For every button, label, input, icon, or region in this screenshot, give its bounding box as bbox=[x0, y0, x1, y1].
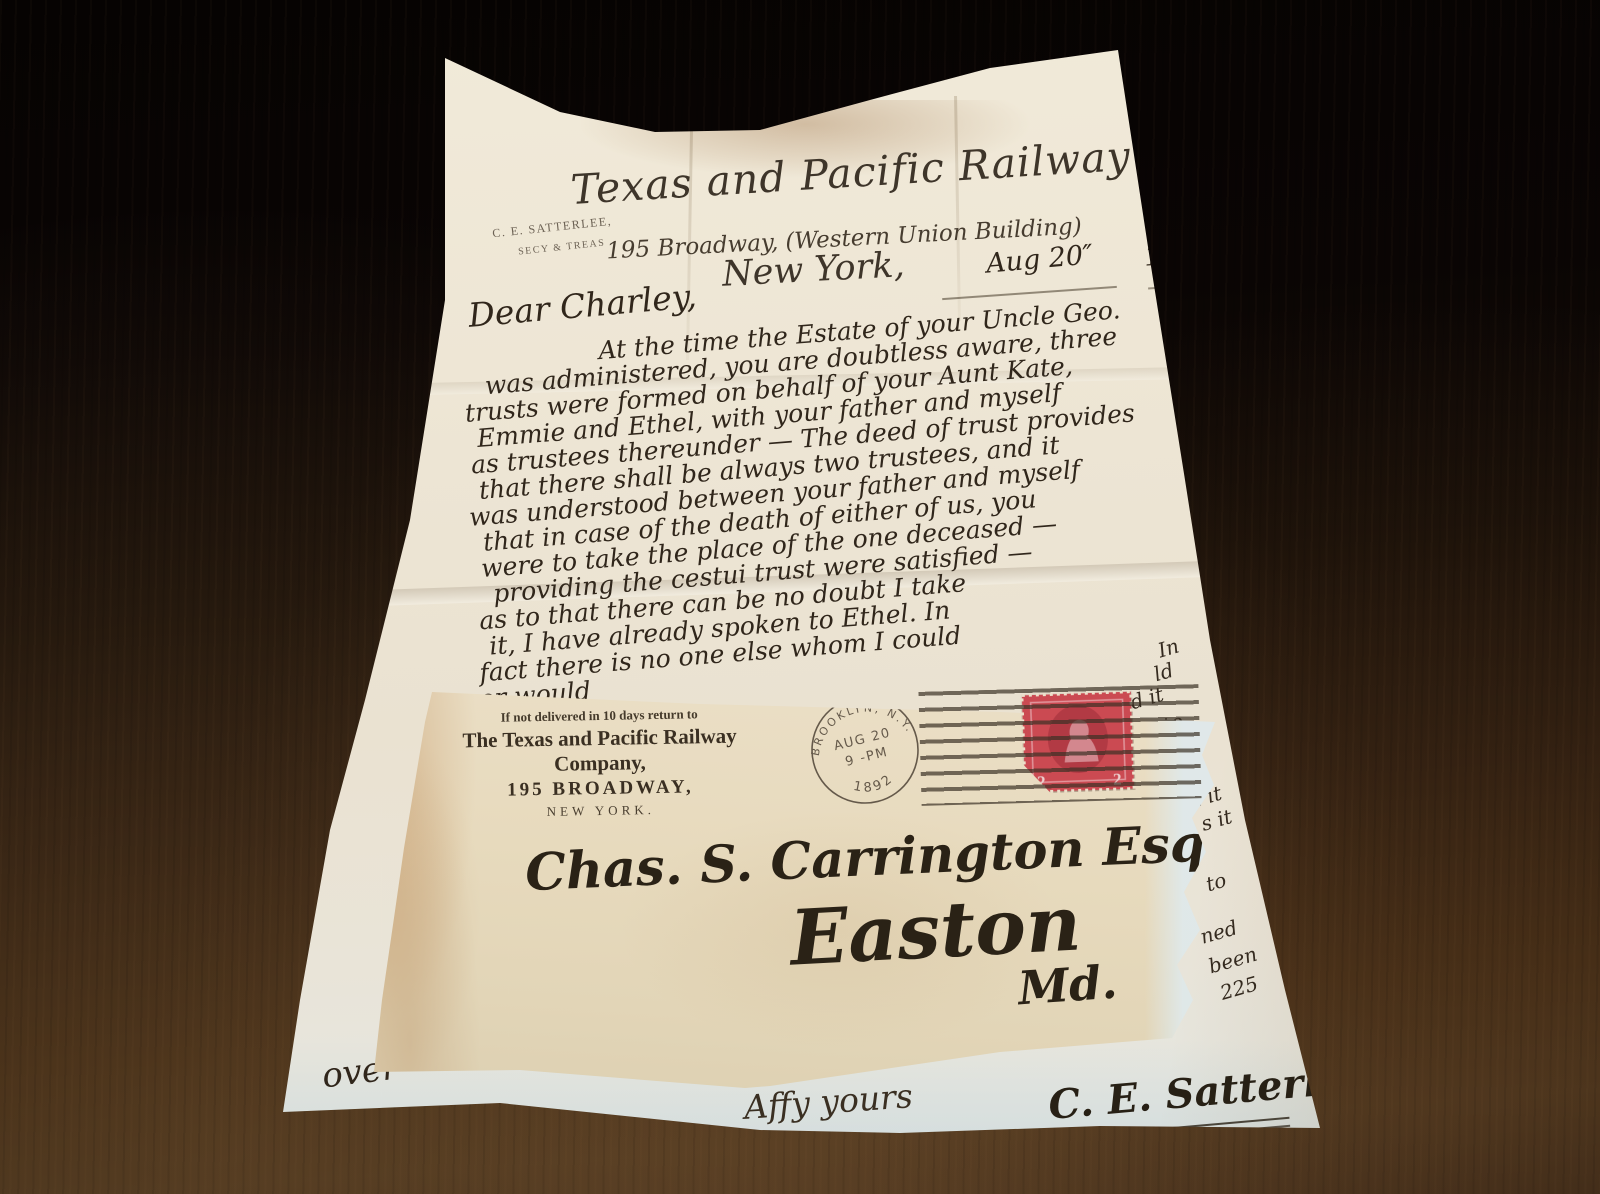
return-company: The Texas and Pacific Railway Company, bbox=[434, 723, 765, 779]
letterhead-city: New York, bbox=[721, 245, 905, 295]
photo-scene: C. E. SATTERLEE, SECY & TREAS Texas and … bbox=[0, 0, 1600, 1194]
salutation: Dear Charley, bbox=[467, 276, 698, 335]
year-underline bbox=[1148, 281, 1248, 289]
envelope-address-state: Md. bbox=[1016, 955, 1119, 1016]
return-address-block: If not delivered in 10 days return to Th… bbox=[434, 705, 766, 822]
letter-body: At the time the Estate of your Uncle Geo… bbox=[448, 293, 1204, 713]
letterhead-date-handwritten: Aug 20″ bbox=[985, 239, 1094, 279]
cancellation-bars bbox=[918, 684, 1201, 806]
letterhead-year-printed: 189 bbox=[1143, 238, 1197, 273]
officer-name: C. E. SATTERLEE, bbox=[492, 214, 613, 241]
officer-title: SECY & TREAS bbox=[518, 237, 606, 257]
letterhead-year-digit: 2 bbox=[1191, 242, 1207, 268]
return-street: 195 BROADWAY, bbox=[435, 775, 765, 803]
